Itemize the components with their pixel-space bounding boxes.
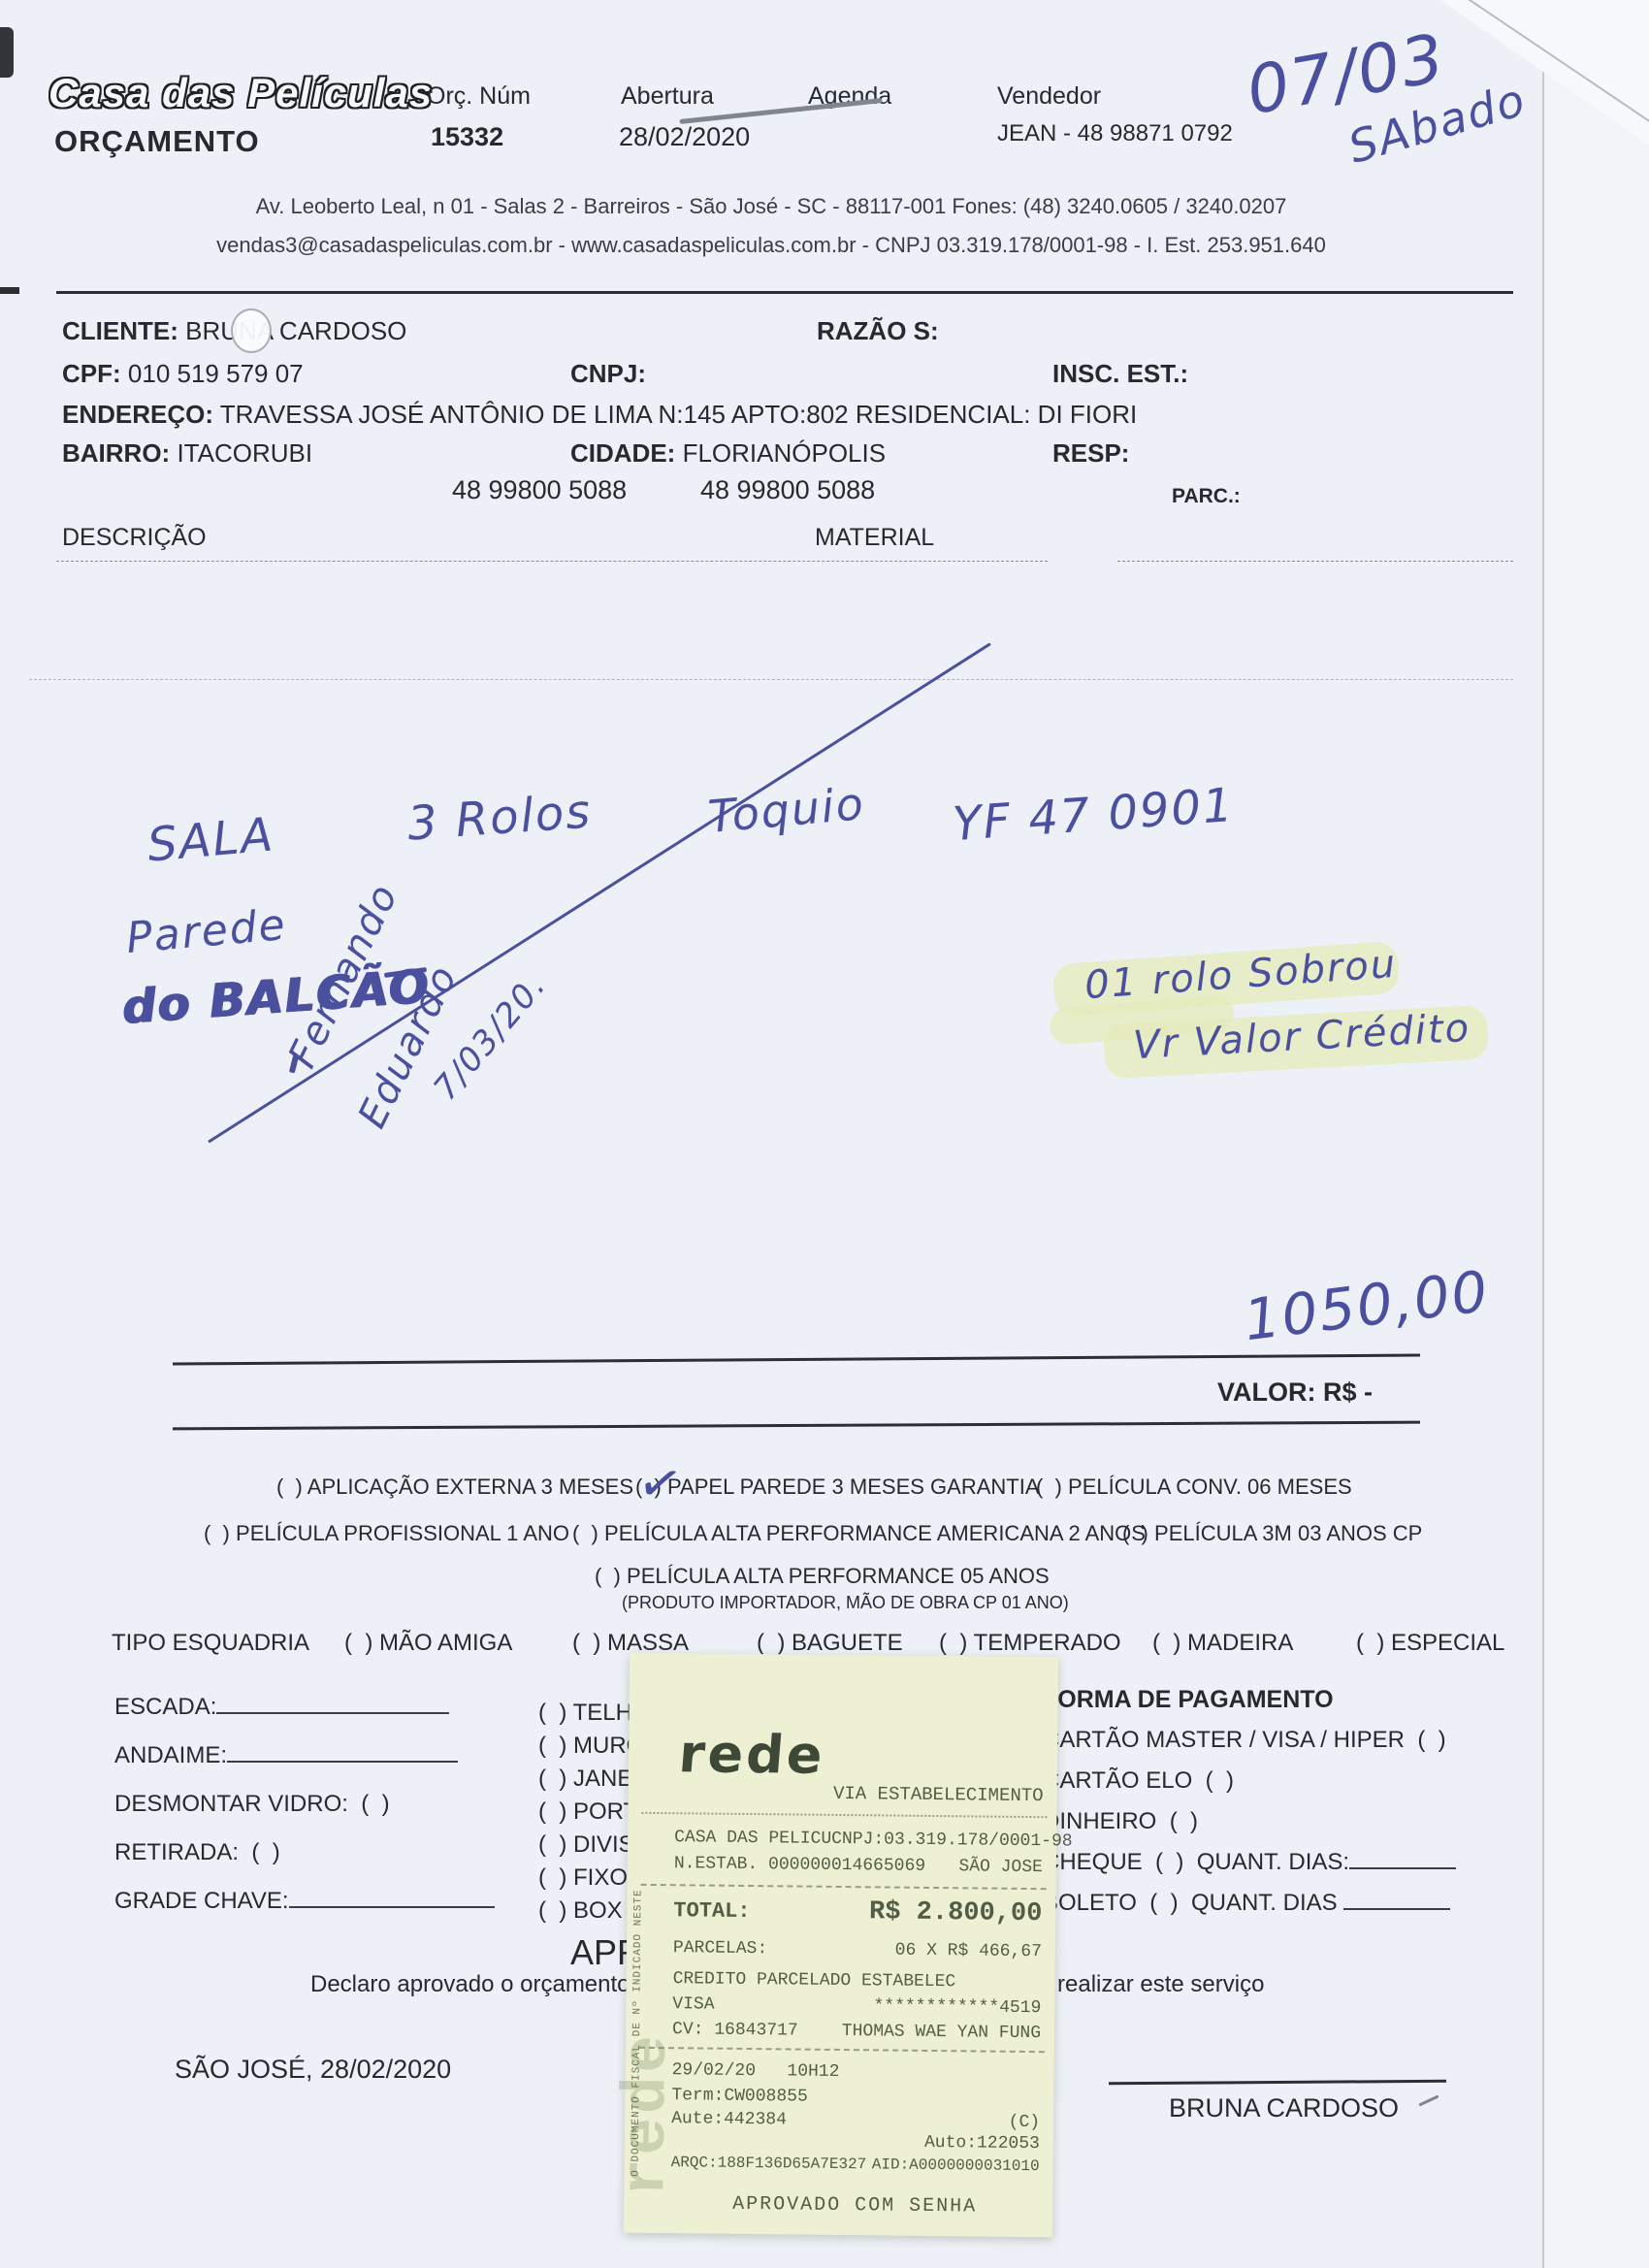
checkbox: ( ): [344, 1630, 372, 1656]
payment-option-cartao-master: CARTÃO MASTER / VISA / HIPER ( ): [1043, 1727, 1446, 1754]
tipo-esquadria-label: TIPO ESQUADRIA: [112, 1630, 309, 1657]
receipt-datetime-row: 29/02/20 10H12: [672, 2060, 1041, 2084]
checkbox: ( ): [276, 1474, 303, 1499]
checkbox: ( ): [1356, 1630, 1384, 1656]
grade-chave-field: GRADE CHAVE:: [114, 1888, 495, 1915]
structure-check-telhado: ( ) TELH: [538, 1700, 632, 1727]
structure-check-porta: ( ) PORT: [538, 1798, 637, 1826]
receipt-terminal-row: Term:CW008855: [671, 2086, 1040, 2109]
hw-balcao: do BALCÃO: [120, 959, 432, 1035]
scan-smudge-left-edge: [0, 287, 19, 294]
address-line-2: vendas3@casadaspeliculas.com.br - www.ca…: [0, 233, 1542, 258]
merchant-name: CASA DAS PELICU: [674, 1828, 831, 1849]
structure-check-box: ( ) BOX: [538, 1897, 623, 1925]
esquadria-option-madeira: ( ) MADEIRA: [1152, 1630, 1293, 1657]
long-pen-stroke: [208, 642, 991, 1143]
cliente-label: CLIENTE:: [62, 316, 178, 345]
company-logo: Casa das Películas: [48, 70, 433, 116]
pen-tick-after-name: [1418, 2094, 1439, 2106]
checkbox: ( ): [1155, 1849, 1183, 1875]
material-header: MATERIAL: [815, 524, 934, 552]
scan-smudge-top-left: [0, 27, 14, 78]
structure-check-fixo: ( ) FIXO: [538, 1864, 628, 1892]
checkbox: ( ): [538, 1831, 566, 1858]
payment-option-boleto: BOLETO ( ) QUANT. DIAS: [1043, 1890, 1450, 1917]
endereco-label: ENDEREÇO:: [62, 400, 213, 429]
hw-sala: SALA: [145, 807, 276, 872]
warranty-option-profissional: ( ) PELÍCULA PROFISSIONAL 1 ANO: [204, 1521, 569, 1546]
receipt-estab-row: N.ESTAB. 000000014665069SÃO JOSE: [674, 1854, 1043, 1877]
retirada-field: RETIRADA: ( ): [114, 1839, 280, 1866]
grade-blank-line: [289, 1889, 495, 1908]
structure-check-janela: ( ) JANE: [538, 1766, 632, 1793]
signature-line: [1109, 2080, 1446, 2085]
checkbox: ( ): [1417, 1727, 1445, 1753]
bairro-label: BAIRRO:: [62, 438, 170, 468]
warranty-option-05-anos-sub: (PRODUTO IMPORTADOR, MÃO DE OBRA CP 01 A…: [622, 1593, 1069, 1613]
merchant-cnpj: CNPJ:03.319.178/0001-98: [831, 1830, 1073, 1852]
escada-field: ESCADA:: [114, 1694, 449, 1721]
address-line-1: Av. Leoberto Leal, n 01 - Salas 2 - Barr…: [0, 194, 1542, 219]
warranty-option-conv: ( ) PELÍCULA CONV. 06 MESES: [1036, 1474, 1352, 1500]
razao-label: RAZÃO S:: [817, 316, 939, 346]
warranty-option-05-anos: ( ) PELÍCULA ALTA PERFORMANCE 05 ANOS: [595, 1564, 1050, 1589]
cpf-row: CPF: 010 519 579 07: [62, 359, 304, 389]
receipt-cv-row: CV: 16843717THOMAS WAE YAN FUNG: [672, 2020, 1041, 2043]
aid-code: AID:A0000000031010: [872, 2155, 1040, 2175]
escada-blank-line: [216, 1695, 449, 1714]
checkbox: ( ): [757, 1630, 785, 1656]
checkbox: ( ): [538, 1897, 566, 1924]
cidade-label: CIDADE:: [570, 438, 675, 468]
checkbox: ( ): [1206, 1767, 1234, 1794]
aute-code: Aute:442384: [671, 2109, 787, 2129]
payment-heading: FORMA DE PAGAMENTO: [1043, 1686, 1334, 1714]
cidade-row: CIDADE: FLORIANÓPOLIS: [570, 438, 886, 469]
receipt-modalidade-row: CREDITO PARCELADO ESTABELEC: [673, 1969, 1042, 1993]
estab-city: SÃO JOSE: [958, 1857, 1043, 1877]
descricao-underline: [56, 561, 1048, 562]
resp-label: RESP:: [1052, 438, 1129, 469]
valor-label: VALOR: R$ -: [1217, 1377, 1373, 1408]
receipt-rede-logo: rede: [677, 1723, 828, 1786]
esquadria-option-mao-amiga: ( ) MÃO AMIGA: [344, 1630, 512, 1657]
value-line-2: [173, 1421, 1420, 1431]
vendedor-value: JEAN - 48 98871 0792: [997, 120, 1233, 147]
checkbox: ( ): [251, 1839, 279, 1865]
structure-check-divisoria: ( ) DIVIS: [538, 1831, 634, 1859]
warranty-option-externa: ( ) APLICAÇÃO EXTERNA 3 MESES: [276, 1474, 633, 1500]
warranty-option-papel-parede: ( ) PAPEL PAREDE 3 MESES GARANTIA: [635, 1474, 1040, 1500]
vendedor-label: Vendedor: [997, 82, 1101, 111]
cnpj-label: CNPJ:: [570, 359, 646, 389]
endereco-value: TRAVESSA JOSÉ ANTÔNIO DE LIMA N:145 APTO…: [220, 400, 1137, 429]
receipt-card-row: VISA************4519: [672, 1994, 1041, 2018]
c-mark: (C): [1009, 2113, 1041, 2132]
checkbox: ( ): [572, 1630, 600, 1656]
checkbox: ( ): [1170, 1808, 1198, 1834]
esquadria-option-especial: ( ) ESPECIAL: [1356, 1630, 1504, 1657]
desmontar-vidro-field: DESMONTAR VIDRO: ( ): [114, 1791, 390, 1818]
declaration-right-fragment: ra realizar este serviço: [1030, 1971, 1264, 1998]
cheque-days-blank: [1349, 1850, 1456, 1869]
declaration-left-fragment: Declaro aprovado o orçamento: [310, 1971, 630, 1998]
andaime-blank-line: [227, 1743, 458, 1763]
auto-code: Auto:122053: [924, 2133, 1040, 2154]
checkbox: ( ): [1122, 1521, 1148, 1545]
parcelas-label: PARCELAS:: [673, 1938, 767, 1959]
cpf-label: CPF:: [62, 359, 121, 388]
city-date: SÃO JOSÉ, 28/02/2020: [175, 2055, 451, 2085]
checkbox: ( ): [572, 1521, 598, 1545]
phone-1: 48 99800 5088: [452, 475, 627, 505]
esquadria-option-baguete: ( ) BAGUETE: [757, 1630, 903, 1657]
paper-right-edge: [1542, 0, 1649, 2268]
receipt-separator-1: [641, 1812, 1047, 1818]
value-line-1: [173, 1354, 1420, 1366]
mid-separator-line: [29, 679, 1513, 680]
signature-name: BRUNA CARDOSO: [1169, 2093, 1399, 2123]
card-receipt: O DOCUMENTO FISCAL DE Nº INDICADO NESTE …: [624, 1653, 1058, 2238]
orc-num-label: Orç. Núm: [427, 82, 531, 111]
estab-number: N.ESTAB. 000000014665069: [674, 1854, 925, 1876]
andaime-field: ANDAIME:: [114, 1742, 458, 1769]
checkbox: ( ): [204, 1521, 230, 1545]
arqc-code: ARQC:188F136D65A7E327: [671, 2154, 867, 2173]
doc-type-title: ORÇAMENTO: [54, 124, 260, 159]
parc-label: PARC.:: [1172, 485, 1241, 508]
bairro-value: ITACORUBI: [177, 438, 312, 468]
checkbox: ( ): [939, 1630, 967, 1656]
checkbox: ( ): [595, 1564, 621, 1588]
receipt-approved-row: APROVADO COM SENHA: [670, 2192, 1039, 2219]
pen-check-mark: ✓: [632, 1449, 690, 1518]
descricao-header: DESCRIÇÃO: [62, 524, 207, 552]
esquadria-option-temperado: ( ) TEMPERADO: [939, 1630, 1121, 1657]
receipt-parcelas-row: PARCELAS:06 X R$ 466,67: [673, 1938, 1042, 1961]
checkbox: ( ): [538, 1766, 566, 1792]
total-value: R$ 2.800,00: [869, 1897, 1043, 1928]
section-divider-top: [56, 291, 1513, 294]
total-label: TOTAL:: [673, 1898, 750, 1924]
checkbox: ( ): [538, 1864, 566, 1891]
hw-total-value: 1050,00: [1241, 1258, 1493, 1353]
receipt-via-row: VIA ESTABELECIMENTO: [675, 1781, 1044, 1806]
phone-2: 48 99800 5088: [700, 475, 875, 505]
payment-option-cartao-elo: CARTÃO ELO ( ): [1043, 1767, 1234, 1795]
receipt-separator-3: [639, 2047, 1045, 2053]
hw-film-code: YF 47 0901: [951, 778, 1236, 852]
receipt-auto-row: Auto:122053: [671, 2130, 1040, 2154]
checkbox: ( ): [1149, 1890, 1178, 1916]
material-underline: [1117, 561, 1513, 562]
cpf-value: 010 519 579 07: [128, 359, 304, 388]
warranty-option-americana: ( ) PELÍCULA ALTA PERFORMANCE AMERICANA …: [572, 1521, 1146, 1546]
warranty-option-3m: ( ) PELÍCULA 3M 03 ANOS CP: [1122, 1521, 1422, 1546]
abertura-value: 28/02/2020: [619, 122, 750, 152]
checkbox: ( ): [1152, 1630, 1180, 1656]
cliente-value: BRUNA CARDOSO: [185, 316, 406, 345]
insc-est-label: INSC. EST.:: [1052, 359, 1188, 389]
cv-number: CV: 16843717: [672, 2020, 798, 2040]
boleto-days-blank: [1343, 1891, 1450, 1910]
checkbox: ( ): [538, 1733, 566, 1759]
receipt-aute-row: Aute:442384(C): [671, 2109, 1040, 2132]
checkbox: ( ): [1036, 1474, 1062, 1499]
checkbox: ( ): [538, 1798, 566, 1825]
abertura-label: Abertura: [621, 82, 714, 111]
cidade-value: FLORIANÓPOLIS: [683, 438, 887, 468]
hw-parede: Parede: [124, 900, 288, 963]
receipt-separator-2: [641, 1884, 1047, 1890]
hw-rolos: 3 Rolos: [405, 784, 594, 851]
payment-option-cheque: CHEQUE ( ) QUANT. DIAS:: [1043, 1849, 1456, 1876]
orc-num-value: 15332: [431, 122, 503, 152]
checkbox: ( ): [538, 1700, 566, 1726]
checkbox: ( ): [361, 1791, 389, 1817]
card-masked-number: ************4519: [873, 1996, 1041, 2018]
endereco-row: ENDEREÇO: TRAVESSA JOSÉ ANTÔNIO DE LIMA …: [62, 400, 1137, 430]
bairro-row: BAIRRO: ITACORUBI: [62, 438, 312, 469]
punch-hole: [231, 308, 272, 353]
scanned-budget-document: Casa das Películas ORÇAMENTO Orç. Núm 15…: [0, 0, 1649, 2268]
receipt-arqc-row: ARQC:188F136D65A7E327AID:A0000000031010: [671, 2154, 1040, 2175]
receipt-total-row: TOTAL:R$ 2.800,00: [673, 1895, 1042, 1928]
receipt-merchant-row: CASA DAS PELICUCNPJ:03.319.178/0001-98: [674, 1828, 1043, 1851]
parcelas-value: 06 X R$ 466,67: [895, 1941, 1042, 1962]
card-brand: VISA: [672, 1994, 714, 2014]
cardholder-name: THOMAS WAE YAN FUNG: [842, 2022, 1041, 2043]
